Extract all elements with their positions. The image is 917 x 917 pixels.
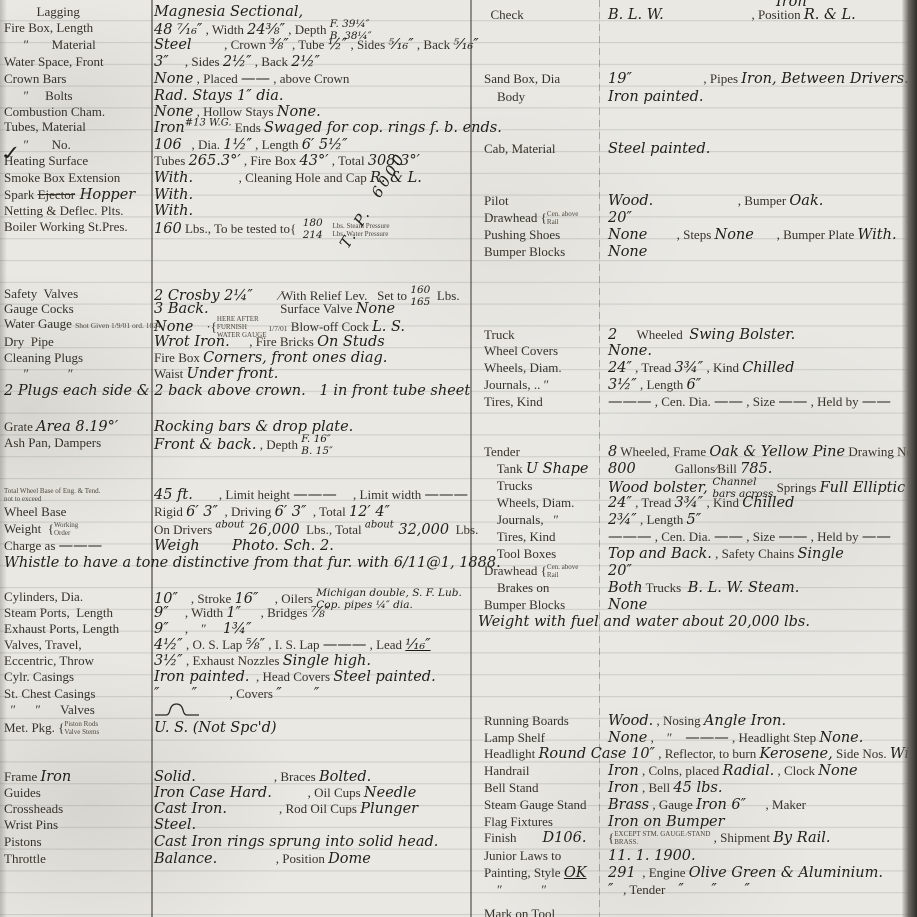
field-label: Wheels, Diam. [484, 359, 608, 377]
field-value: 24″ , Tread 3¾″ , Kind Chilled [608, 494, 794, 511]
field-value: 3½″ , Length 6″ [608, 376, 701, 393]
field-value: Top and Back. , Safety Chains Single [608, 545, 844, 562]
field-value: Tubes 265.3°′ , Fire Box 43°′ , Total 30… [154, 152, 420, 169]
row-painting-ditto: ″ ″″ , Tender ″ ″ ″ [484, 881, 750, 899]
row-pilot: PilotWood. , Bumper Oak. [484, 192, 823, 210]
row-running-boards: Running BoardsWood. , Nosing Angle Iron. [484, 712, 786, 730]
row-bumper-blocks-2: Bumper BlocksNone [484, 596, 647, 614]
row-ash-pan: Ash Pan, DampersFront & back. , Depth F.… [4, 434, 333, 452]
field-label: Throttle [4, 850, 154, 868]
field-value [154, 701, 200, 718]
field-value: None , ″ ——— , Headlight Step None. [608, 729, 863, 746]
field-value: Iron#13 W.G. Ends Swaged for cop. rings … [154, 119, 502, 136]
field-label: Tires, Kind [484, 393, 608, 411]
field-label: ″ ″ Valves [4, 701, 154, 719]
row-heating-surface: Heating SurfaceTubes 265.3°′ , Fire Box … [4, 152, 420, 170]
field-value: None [608, 243, 647, 260]
center-column-divider [470, 0, 472, 917]
field-value: Wood. , Nosing Angle Iron. [608, 712, 786, 729]
field-label: Crown Bars [4, 70, 154, 88]
field-value: 4½″ , O. S. Lap ⅝″ , I. S. Lap ——— , Lea… [154, 636, 431, 653]
row-boiler-pressure: Boiler Working St.Pres.160 Lbs., To be t… [4, 218, 389, 236]
field-value: 2 Wheeled Swing Bolster. [608, 326, 795, 343]
row-painting-style: Painting, Style OK291 , Engine Olive Gre… [484, 864, 883, 882]
field-value: None. [608, 342, 652, 359]
field-label: Drawhead {Cen. above Rail [484, 562, 608, 580]
field-label: Tubes, Material [4, 118, 154, 136]
field-label: ″ ″ [4, 365, 154, 383]
field-label: Headlight Round Case 10″ [484, 745, 655, 763]
row-cyl-casings: Cylr. CasingsIron painted. , Head Covers… [4, 668, 436, 686]
field-label: Tool Boxes [484, 545, 608, 563]
row-waist: ″ ″ Waist Under front. [4, 365, 278, 383]
field-label: Trucks [484, 477, 608, 495]
field-value: ——— , Cen. Dia. —— , Size —— , Held by —… [608, 528, 891, 545]
field-value: Brass , Gauge Iron 6″ , Maker [608, 796, 806, 813]
field-label: Tender [484, 443, 608, 461]
field-value: Steel painted. [608, 140, 710, 157]
field-value: Iron painted. , Head Covers Steel painte… [154, 668, 436, 685]
field-label: Whistle to have a [4, 554, 131, 572]
field-value: None , Steps None , Bumper Plate With. [608, 226, 897, 243]
row-tires-1: Tires, Kind——— , Cen. Dia. —— , Size —— … [484, 393, 891, 411]
row-firebox-length: Fire Box, Length48 ⁷⁄₁₆″ , Width 24⅜″ , … [4, 19, 372, 37]
field-value: 45 ft. , Limit height ——— , Limit width … [154, 486, 468, 503]
field-value: Cast Iron rings sprung into solid head. [154, 833, 438, 850]
row-st-valves: ″ ″ Valves [4, 701, 200, 719]
field-label: 2 Plugs each side & [4, 382, 150, 400]
row-pushing-shoes: Pushing ShoesNone , Steps None , Bumper … [484, 226, 897, 244]
field-value: Wood. , Bumper Oak. [608, 192, 823, 209]
field-value: 9″ , ″ 1¾″ [154, 620, 252, 637]
field-value: B. L. W. , Position R. & L. [608, 6, 856, 23]
row-handrail: HandrailIron , Colns, placed Radial. , C… [484, 762, 858, 780]
field-label: Finish D106. [484, 829, 608, 847]
field-label: Brakes on [484, 579, 608, 597]
row-sand-body: BodyIron painted. [484, 88, 704, 106]
row-total-wheel-base: Total Wheel Base of Eng. & Tend. not to … [4, 486, 468, 504]
row-wheels-diam-2: Wheels, Diam.24″ , Tread 3¾″ , Kind Chil… [484, 494, 794, 512]
field-value: Iron , Colns, placed Radial. , Clock Non… [608, 762, 858, 779]
row-drawhead-2: Drawhead {Cen. above Rail20″ [484, 562, 632, 580]
field-value: ″ ″ , Covers ″ ″ [154, 685, 319, 702]
field-label: Journals, ″ [484, 511, 608, 529]
field-value: With. [154, 202, 193, 219]
field-value: Balance. , Position Dome [154, 850, 371, 867]
field-label: Check [484, 6, 608, 24]
field-label: Handrail [484, 762, 608, 780]
field-value: Cast Iron. , Rod Oil Cups Plunger [154, 800, 418, 817]
field-value: 20″ [608, 562, 632, 579]
field-value: 20″ [608, 209, 632, 226]
field-value: Magnesia Sectional, [154, 3, 303, 20]
field-label: Boiler Working St.Pres. [4, 218, 154, 236]
row-steam-gauge-stand: Steam Gauge StandBrass , Gauge Iron 6″ ,… [484, 796, 806, 814]
field-label: Water Space, Front [4, 53, 154, 71]
field-value: On Drivers about 26,000 Lbs., Total abou… [154, 521, 478, 538]
row-wheel-base: Wheel BaseRigid 6′ 3″ , Driving 6′ 3″ , … [4, 503, 390, 521]
right-scan-edge [902, 0, 917, 917]
row-bumper-blocks-1: Bumper BlocksNone [484, 243, 647, 261]
field-value: With. [154, 186, 193, 203]
field-label: Wheel Covers [484, 342, 608, 360]
field-value: 8 Wheeled, Frame Oak & Yellow Pine Drawi… [608, 443, 917, 460]
field-value: ″ , Tender ″ ″ ″ [608, 881, 750, 898]
field-label: Steam Gauge Stand [484, 796, 608, 814]
field-label: Painting, Style OK [484, 864, 608, 882]
field-value: Iron , Bell 45 lbs. [608, 779, 722, 796]
field-value: Steel. [154, 816, 196, 833]
row-mark-on-tool: Mark on Tool [484, 905, 608, 917]
field-label: Running Boards [484, 712, 608, 730]
field-value: Iron on Bumper [608, 813, 725, 830]
row-met-pkg: Met. Pkg. {Piston Rods Valve StemsU. S. … [4, 719, 277, 737]
row-sand-box: Sand Box, Dia19″ , Pipes Iron, Between D… [484, 70, 909, 88]
field-value: 3″ , Sides 2½″ , Back 2½″ [154, 53, 320, 70]
field-value: 9″ , Width 1″ , Bridges ⅞″ [154, 604, 330, 621]
field-label: Cylr. Casings [4, 668, 154, 686]
field-value: 106 , Dia. 1½″ , Length 6′ 5½″ [154, 136, 348, 153]
field-value: Iron painted. [608, 88, 704, 105]
row-charge-as: Charge as ———Weigh Photo. Sch. 2. [4, 537, 334, 555]
field-value: Wrot Iron. , Fire Bricks On Studs [154, 333, 385, 350]
field-value: U. S. (Not Spc'd) [154, 719, 277, 736]
field-label: Tank U Shape [484, 460, 608, 478]
field-value: Solid. , Braces Bolted. [154, 768, 371, 785]
field-label: Body [484, 88, 608, 106]
field-label: Heating Surface [4, 152, 154, 170]
field-label: Water Gauge Shot Given 1/9/01 ord. 1024 [4, 315, 154, 333]
field-value: None [608, 596, 647, 613]
row-weight-with-fuel: Weight with fuel and water about 20,000 … [478, 613, 810, 631]
field-value: 2 back above crown. 1 in front tube shee… [150, 382, 471, 399]
field-value: None , Placed —— , above Crown [154, 70, 349, 87]
row-tender: Tender8 Wheeled, Frame Oak & Yellow Pine… [484, 443, 917, 461]
field-label: Pilot [484, 192, 608, 210]
field-label: Bumper Blocks [484, 243, 608, 261]
row-whistle: Whistle to have a tone distinctive from … [4, 554, 501, 572]
row-tool-boxes: Tool BoxesTop and Back. , Safety Chains … [484, 545, 844, 563]
field-value: {EXCEPT STM. GAUGE ⁄STAND BRASS. , Shipm… [608, 829, 831, 846]
field-label: Pistons [4, 833, 154, 851]
field-value: Iron Case Hard. , Oil Cups Needle [154, 784, 416, 801]
row-tender-trucks: TrucksWood bolster, Channel bars across … [484, 477, 905, 495]
field-value: Rigid 6′ 3″ , Driving 6′ 3″ , Total 12′ … [154, 503, 390, 520]
row-drawhead-1: Drawhead {Cen. above Rail20″ [484, 209, 632, 227]
field-value: Rad. Stays 1″ dia. [154, 87, 283, 104]
field-label: Mark on Tool [484, 905, 608, 917]
row-journals-1: Journals, .. ″3½″ , Length 6″ [484, 376, 701, 394]
row-water-gauge: Water Gauge Shot Given 1/9/01 ord. 1024N… [4, 315, 405, 333]
field-value: 24″ , Tread 3¾″ , Kind Chilled [608, 359, 794, 376]
field-label: Wheels, Diam. [484, 494, 608, 512]
field-value: Fire Box Corners, front ones diag. [154, 349, 387, 366]
row-crown-bars: Crown BarsNone , Placed —— , above Crown [4, 70, 349, 88]
row-water-space: Water Space, Front3″ , Sides 2½″ , Back … [4, 53, 320, 71]
row-brakes-on: Brakes onBoth Trucks B. L. W. Steam. [484, 579, 799, 597]
field-value: Steel , Crown ⅜″ , Tube ½″ , Sides ⁵⁄₁₆″… [154, 36, 479, 53]
field-label: Journals, .. ″ [484, 376, 608, 394]
row-wrist-pins: Wrist PinsSteel. [4, 816, 196, 834]
field-label: Total Wheel Base of Eng. & Tend. not to … [4, 486, 154, 504]
row-finish: Finish D106.{EXCEPT STM. GAUGE ⁄STAND BR… [484, 829, 831, 847]
row-firebox-material: ″ MaterialSteel , Crown ⅜″ , Tube ½″ , S… [4, 36, 479, 54]
row-headlight: Headlight Round Case 10″ , Reflector, to… [484, 745, 917, 763]
field-value: 291 , Engine Olive Green & Aluminium. [608, 864, 883, 881]
row-bell-stand: Bell StandIron , Bell 45 lbs. [484, 779, 722, 797]
row-check: CheckB. L. W. , Position R. & L. [484, 6, 856, 24]
field-label: Bumper Blocks [484, 596, 608, 614]
field-label: Wrist Pins [4, 816, 154, 834]
field-label: Sand Box, Dia [484, 70, 608, 88]
field-label: Fire Box, Length [4, 19, 154, 37]
field-label: Charge as ——— [4, 537, 154, 555]
field-label: Tires, Kind [484, 528, 608, 546]
field-value: ——— , Cen. Dia. —— , Size —— , Held by —… [608, 393, 891, 410]
field-value: 3½″ , Exhaust Nozzles Single high. [154, 652, 371, 669]
field-label: Junior Laws to [484, 847, 608, 865]
row-throttle: ThrottleBalance. , Position Dome [4, 850, 371, 868]
field-value: , Reflector, to burn Kerosene, Side Nos.… [655, 745, 917, 762]
row-weight: Weight {Working OrderOn Drivers about 26… [4, 520, 478, 538]
field-value: 19″ , Pipes Iron, Between Drivers. [608, 70, 909, 87]
row-journals-2: Journals, ″2¾″ , Length 5″ [484, 511, 701, 529]
row-pistons: PistonsCast Iron rings sprung into solid… [4, 833, 438, 851]
scanned-locomotive-spec-sheet: LaggingMagnesia Sectional, Fire Box, Len… [0, 0, 917, 917]
row-junior-laws: Junior Laws to11. 1. 1900. [484, 847, 696, 865]
valve-profile-sketch-icon [154, 703, 200, 718]
row-smoke-box: Smoke Box ExtensionWith. , Cleaning Hole… [4, 169, 422, 187]
row-plugs-note: 2 Plugs each side & 2 back above crown. … [4, 382, 470, 400]
row-wheels-diam-1: Wheels, Diam.24″ , Tread 3¾″ , Kind Chil… [484, 359, 794, 377]
field-value: Both Trucks B. L. W. Steam. [608, 579, 799, 596]
field-label: Smoke Box Extension [4, 169, 154, 187]
field-value: Waist Under front. [154, 365, 278, 382]
row-tires-2: Tires, Kind——— , Cen. Dia. —— , Size —— … [484, 528, 891, 546]
field-value: Front & back. , Depth F. 16″ B. 15″ [154, 436, 333, 453]
field-label: Weight {Working Order [4, 520, 154, 538]
row-cab: Cab, MaterialSteel painted. [484, 140, 710, 158]
field-label: ″ Material [4, 36, 154, 54]
field-label: Met. Pkg. {Piston Rods Valve Stems [4, 719, 154, 737]
field-value: Weight with fuel and water about 20,000 … [478, 613, 810, 630]
field-value: tone distinctive from that fur. with 6/1… [131, 554, 501, 571]
field-label: Bell Stand [484, 779, 608, 797]
field-value: 2¾″ , Length 5″ [608, 511, 701, 528]
field-value: 800 Gallons⁄Bill 785. [608, 460, 772, 477]
field-label: Cab, Material [484, 140, 608, 158]
field-label: Drawhead {Cen. above Rail [484, 209, 608, 227]
field-label: Ash Pan, Dampers [4, 434, 154, 452]
field-value: 11. 1. 1900. [608, 847, 696, 864]
field-label: Wheel Base [4, 503, 154, 521]
field-label: Pushing Shoes [484, 226, 608, 244]
row-tubes-material: Tubes, MaterialIron#13 W.G. Ends Swaged … [4, 118, 502, 136]
field-value: Weigh Photo. Sch. 2. [154, 537, 334, 554]
row-wheel-covers: Wheel CoversNone. [484, 342, 652, 360]
field-label: ″ ″ [484, 881, 608, 899]
